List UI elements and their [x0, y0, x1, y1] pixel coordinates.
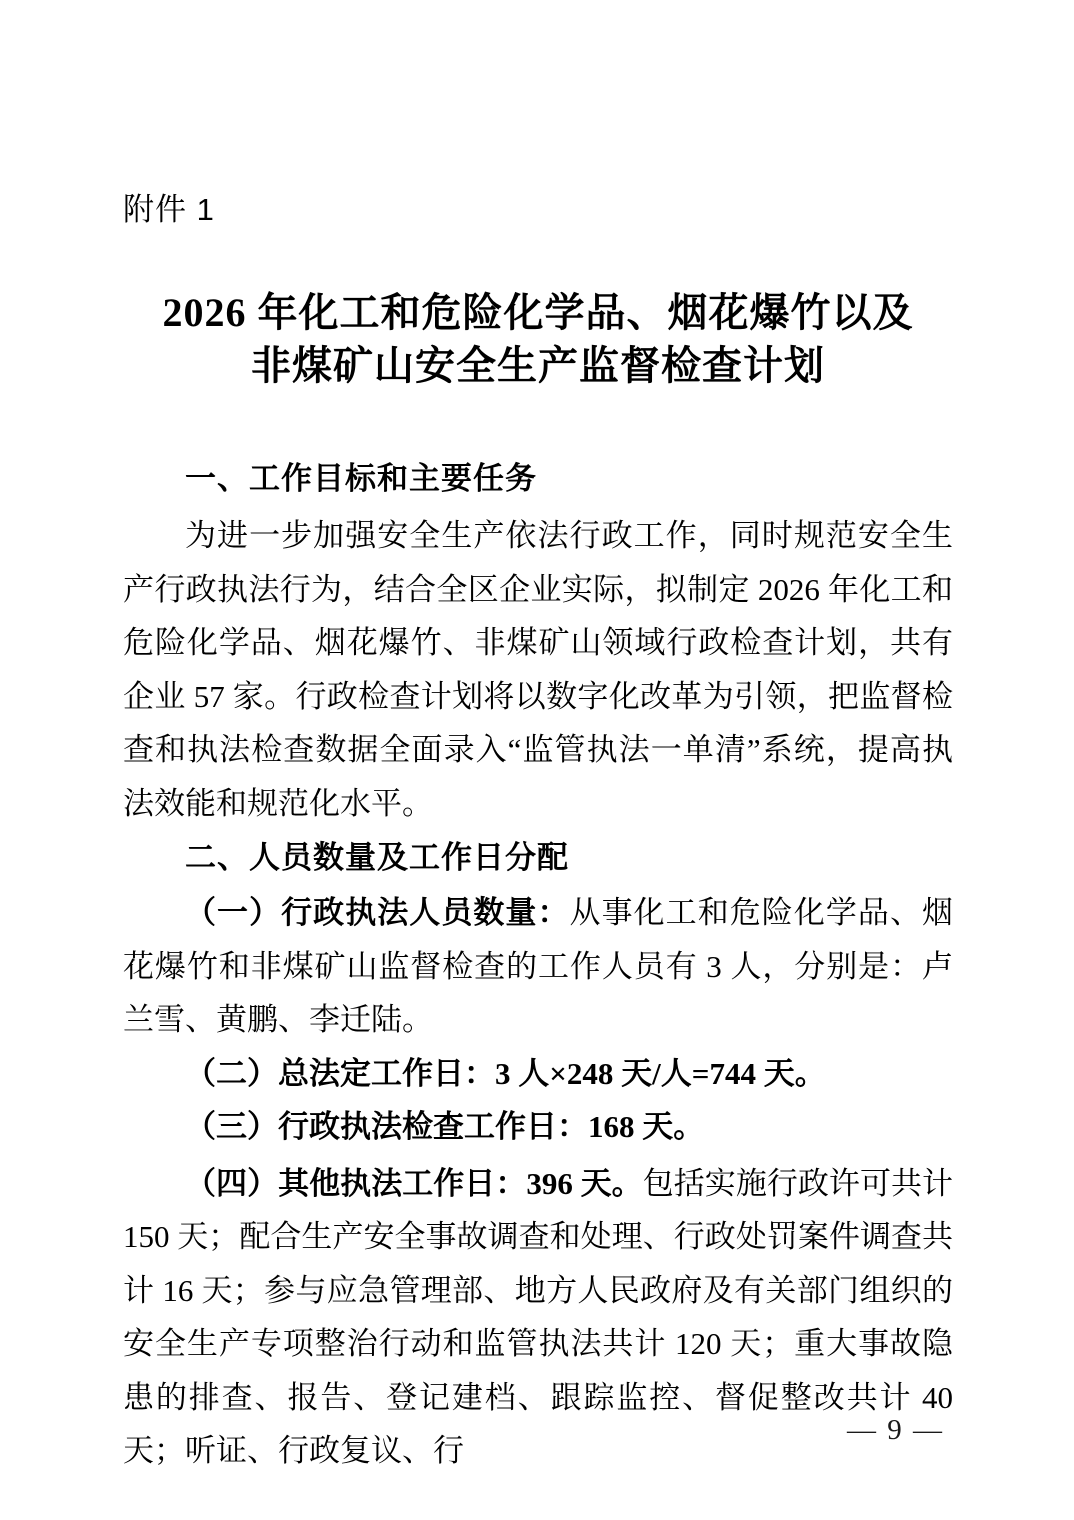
section-heading-2: 二、人员数量及工作日分配	[123, 837, 953, 879]
item-1-label: （一）行政执法人员数量：	[185, 895, 570, 930]
item-1-paragraph: （一）行政执法人员数量：从事化工和危险化学品、烟花爆竹和非煤矿山监督检查的工作人…	[123, 886, 953, 1047]
document-content: 附件 1 2026 年化工和危险化学品、烟花爆竹以及非煤矿山安全生产监督检查计划…	[123, 0, 953, 1478]
document-page: 附件 1 2026 年化工和危险化学品、烟花爆竹以及非煤矿山安全生产监督检查计划…	[0, 0, 1074, 1520]
item-3-paragraph: （三）行政执法检查工作日：168 天。	[123, 1100, 953, 1154]
item-4-text: 包括实施行政许可共计 150 天；配合生产安全事故调查和处理、行政处罚案件调查共…	[123, 1166, 953, 1469]
item-2-paragraph: （二）总法定工作日：3 人×248 天/人=744 天。	[123, 1047, 953, 1101]
document-title: 2026 年化工和危险化学品、烟花爆竹以及非煤矿山安全生产监督检查计划	[123, 286, 953, 392]
page-number: — 9 —	[847, 1412, 944, 1448]
item-4-label: （四）其他执法工作日：396 天。	[185, 1166, 643, 1201]
document-title-line2: 非煤矿山安全生产监督检查计划	[251, 343, 825, 388]
section-heading-1: 一、工作目标和主要任务	[123, 458, 953, 500]
section-1-paragraph: 为进一步加强安全生产依法行政工作，同时规范安全生产行政执法行为，结合全区企业实际…	[123, 509, 953, 830]
item-4-paragraph: （四）其他执法工作日：396 天。包括实施行政许可共计 150 天；配合生产安全…	[123, 1157, 953, 1478]
attachment-label: 附件 1	[123, 190, 953, 230]
document-title-line1: 2026 年化工和危险化学品、烟花爆竹以及	[163, 290, 914, 335]
